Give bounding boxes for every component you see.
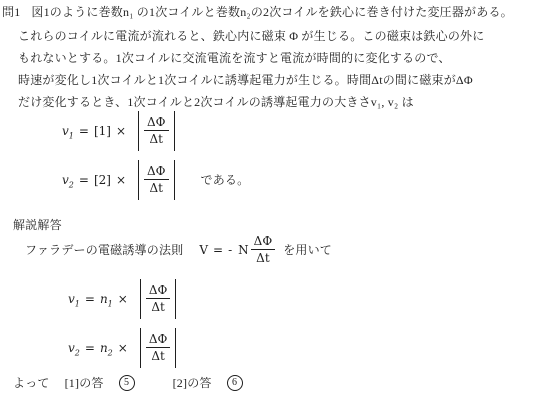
variable-v1: v1 xyxy=(68,292,80,306)
flux-fraction: ΔΦ Δt xyxy=(146,332,171,364)
fraction-numerator: ΔΦ xyxy=(144,115,169,131)
equals-sign: = xyxy=(79,173,89,187)
variable-V: V xyxy=(199,243,208,257)
flux-fraction: ΔΦ Δt xyxy=(144,164,169,196)
variable-v1: v1 xyxy=(62,124,74,138)
variable-n1: n1 xyxy=(100,292,113,306)
minus-sign: - xyxy=(228,243,232,257)
variable-v2: v2 xyxy=(68,341,80,355)
answer-1-label: [1]の答 xyxy=(65,374,104,391)
faraday-law-line: ファラデーの電磁誘導の法則 V = - N ΔΦ Δt を用いて xyxy=(25,234,332,266)
fraction-denominator: Δt xyxy=(151,299,165,314)
absolute-value-bars: ΔΦ Δt xyxy=(138,160,175,200)
fraction-numerator: ΔΦ xyxy=(146,332,171,348)
question-title-line: 問1図1のように巻数n₁ の1次コイルと巻数n₂の2次コイルを鉄心に巻き付けた変… xyxy=(2,3,513,20)
variable-v2: v2 xyxy=(62,173,74,187)
fraction-denominator: Δt xyxy=(150,131,164,146)
equals-sign: = xyxy=(85,341,95,355)
conclusion-prefix: よって xyxy=(13,374,50,391)
circled-answer-6: 6 xyxy=(227,375,243,391)
solution-heading: 解説解答 xyxy=(13,216,62,233)
question-body-line: 時速が変化し1次コイルと1次コイルに誘導起電力が生じる。時間Δtの間に磁束がΔΦ xyxy=(18,69,484,91)
times-sign: × xyxy=(116,173,126,187)
times-sign: × xyxy=(118,292,128,306)
times-sign: × xyxy=(118,341,128,355)
conclusion-line: よって [1]の答 5 [2]の答 6 xyxy=(13,374,243,391)
equals-sign: = xyxy=(213,243,223,257)
answer-2-label: [2]の答 xyxy=(173,374,212,391)
question-body-line: もれないとする。1次コイルに交流電流を流すと電流が時間的に変化するので、 xyxy=(18,47,484,69)
question-body-line: だけ変化するとき、1次コイルと2次コイルの誘導起電力の大きさv₁, v₂ は xyxy=(18,91,484,113)
equals-sign: = xyxy=(85,292,95,306)
faraday-prefix-text: ファラデーの電磁誘導の法則 xyxy=(25,241,183,258)
flux-fraction: ΔΦ Δt xyxy=(146,283,171,315)
circled-answer-5: 5 xyxy=(119,375,135,391)
flux-fraction: ΔΦ Δt xyxy=(144,115,169,147)
fraction-numerator: ΔΦ xyxy=(146,283,171,299)
flux-fraction: ΔΦ Δt xyxy=(251,234,276,266)
question-formula-2: v2 = [2] × ΔΦ Δt である。 xyxy=(62,160,249,200)
question-number: 問1 xyxy=(2,5,20,19)
fraction-denominator: Δt xyxy=(151,348,165,363)
blank-1-coefficient: [1] xyxy=(94,124,111,138)
question-body-line: これらのコイルに電流が流れると、鉄心内に磁束 Φ が生じる。この磁束は鉄心の外に xyxy=(18,25,484,47)
fraction-numerator: ΔΦ xyxy=(251,234,276,250)
equals-sign: = xyxy=(79,124,89,138)
fraction-numerator: ΔΦ xyxy=(144,164,169,180)
formula-suffix-text: である。 xyxy=(201,171,250,188)
absolute-value-bars: ΔΦ Δt xyxy=(140,279,177,319)
absolute-value-bars: ΔΦ Δt xyxy=(140,328,177,368)
solution-formula-2: v2 = n2 × ΔΦ Δt xyxy=(68,328,176,368)
variable-n2: n2 xyxy=(100,341,113,355)
solution-formula-1: v1 = n1 × ΔΦ Δt xyxy=(68,279,176,319)
variable-N: N xyxy=(238,243,249,257)
absolute-value-bars: ΔΦ Δt xyxy=(138,111,175,151)
fraction-denominator: Δt xyxy=(256,250,270,265)
blank-2-coefficient: [2] xyxy=(94,173,111,187)
question-body: これらのコイルに電流が流れると、鉄心内に磁束 Φ が生じる。この磁束は鉄心の外に… xyxy=(18,25,484,113)
document-page: { "page": { "background": "#ffffff", "te… xyxy=(0,0,560,400)
times-sign: × xyxy=(116,124,126,138)
question-formula-1: v1 = [1] × ΔΦ Δt xyxy=(62,111,175,151)
question-line1-text: 図1のように巻数n₁ の1次コイルと巻数n₂の2次コイルを鉄心に巻き付けた変圧器… xyxy=(31,5,512,19)
fraction-denominator: Δt xyxy=(150,180,164,195)
faraday-suffix-text: を用いて xyxy=(283,241,332,258)
